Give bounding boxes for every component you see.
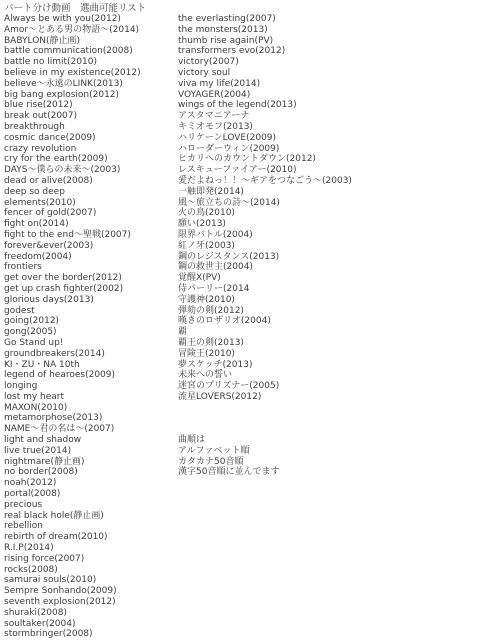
song-entry: 風～旅立ちの詩～(2014) [178,198,352,209]
song-entry: R.I.P(2014) [4,543,141,554]
song-entry: soultaker(2004) [4,619,141,630]
song-entry: 未来への誓い [178,370,352,381]
song-entry: lost my heart [4,392,141,403]
song-entry: get up crash fighter(2002) [4,284,141,295]
song-entry: battle no limit(2010) [4,57,141,68]
song-entry: fight to the end～聖戦(2007) [4,230,141,241]
song-entry: 鋼のレジスタンス(2013) [178,252,352,263]
song-entry: アスタマニアーナ [178,111,352,122]
song-entry: 冒険王(2010) [178,349,352,360]
song-entry: deep so deep [4,187,141,198]
song-entry: レスキューファイアー(2010) [178,165,352,176]
song-entry: Always be with you(2012) [4,14,141,25]
song-entry: DAYS～僕らの未来～(2003) [4,165,141,176]
song-entry: break out(2007) [4,111,141,122]
song-entry: 限界バトル(2004) [178,230,352,241]
song-entry: 覇 [178,327,352,338]
song-entry: 鋼の救世主(2004) [178,262,352,273]
song-entry: believe～永遠のLINK(2013) [4,79,141,90]
song-entry: 火の鳥(2010) [178,208,352,219]
song-entry: Go Stand up! [4,338,141,349]
song-entry: going(2012) [4,316,141,327]
song-entry: the everlasting(2007) [178,14,352,25]
song-entry: rebellion [4,521,141,532]
song-entry: forever&ever(2003) [4,241,141,252]
song-entry: freedom(2004) [4,252,141,263]
song-entry: seventh explosion(2012) [4,597,141,608]
song-entry: MAXON(2010) [4,403,141,414]
song-entry: Amor～とある男の物語～(2014) [4,25,141,36]
song-entry: elements(2010) [4,198,141,209]
song-entry: 迷宮のプリズナー(2005) [178,381,352,392]
song-entry: NAME～君の名は～(2007) [4,424,141,435]
song-entry: stormbringer(2008) [4,629,141,640]
song-entry: longing [4,381,141,392]
song-entry: victory(2007) [178,57,352,68]
song-entry: crazy revolution [4,144,141,155]
song-entry: fencer of gold(2007) [4,208,141,219]
song-entry: wings of the legend(2013) [178,100,352,111]
song-entry: ハリケーンLOVE(2009) [178,133,352,144]
song-entry: 流星LOVERS(2012) [178,392,352,403]
song-entry: 願い(2013) [178,219,352,230]
song-entry: 守護神(2010) [178,295,352,306]
song-entry: cry for the earth(2009) [4,154,141,165]
song-list-page: パート分け動画 選曲可能リスト Always be with you(2012)… [0,0,493,640]
song-entry: 愛だよねっ！！～ギアをつなごう～(2003) [178,176,352,187]
song-entry: the monsters(2013) [178,25,352,36]
song-entry: light and shadow [4,435,141,446]
right-column: the everlasting(2007)the monsters(2013)t… [178,14,352,478]
song-entry: rocks(2008) [4,565,141,576]
song-entry: KI・ZU・NA 10th [4,360,141,371]
spacer-row [178,403,352,414]
page-title: パート分け動画 選曲可能リスト [4,3,146,14]
song-entry: rising force(2007) [4,554,141,565]
song-entry: 嘆きのロザリオ(2004) [178,316,352,327]
song-entry: portal(2008) [4,489,141,500]
song-entry: VOYAGER(2004) [178,90,352,101]
song-entry: cosmic dance(2009) [4,133,141,144]
song-entry: 紅ノ牙(2003) [178,241,352,252]
sort-order-note-line: 曲順は [178,435,352,446]
song-entry: shuraki(2008) [4,608,141,619]
song-entry: nightmare(静止画) [4,457,141,468]
sort-order-note-line: カタカナ50音順 [178,457,352,468]
song-entry: viva my life(2014) [178,79,352,90]
song-entry: dead or alive(2008) [4,176,141,187]
song-entry: blue rise(2012) [4,100,141,111]
song-entry: BABYLON(静止画) [4,36,141,47]
song-entry: groundbreakers(2014) [4,349,141,360]
song-entry: godest [4,306,141,317]
song-entry: samurai souls(2010) [4,575,141,586]
song-entry: 侍パーリー(2014 [178,284,352,295]
song-entry: frontiers [4,262,141,273]
song-entry: glorious days(2013) [4,295,141,306]
song-entry: 一触即発(2014) [178,187,352,198]
song-entry: battle communication(2008) [4,46,141,57]
song-entry: no border(2008) [4,467,141,478]
song-entry: fight on(2014) [4,219,141,230]
song-entry: gong(2005) [4,327,141,338]
song-entry: real black hole(静止画) [4,511,141,522]
song-entry: thumb rise again(PV) [178,36,352,47]
song-entry: noah(2012) [4,478,141,489]
spacer-row [178,413,352,424]
song-entry: legend of hearoes(2009) [4,370,141,381]
song-entry: believe in my existence(2012) [4,68,141,79]
song-entry: transformers evo(2012) [178,46,352,57]
song-entry: precious [4,500,141,511]
song-entry: 夢スケッチ(2013) [178,360,352,371]
sort-order-note-line: アルファベット順 [178,446,352,457]
song-entry: ヒカリへのカウントダウン(2012) [178,154,352,165]
song-entry: big bang explosion(2012) [4,90,141,101]
song-entry: rebirth of dream(2010) [4,532,141,543]
sort-order-note-line: 漢字50音順に並んでます [178,467,352,478]
spacer-row [178,424,352,435]
song-entry: breakthrough [4,122,141,133]
song-entry: metamorphose(2013) [4,413,141,424]
song-entry: キミオモフ(2013) [178,122,352,133]
song-entry: ハローダーウィン(2009) [178,144,352,155]
song-entry: 弾劾の剣(2012) [178,306,352,317]
song-entry: Sempre Sonhando(2009) [4,586,141,597]
song-entry: victory soul [178,68,352,79]
left-column: Always be with you(2012)Amor～とある男の物語～(20… [4,14,141,640]
song-entry: 覚醒X(PV) [178,273,352,284]
song-entry: get over the border(2012) [4,273,141,284]
song-entry: live true(2014) [4,446,141,457]
song-entry: 覇王の剣(2013) [178,338,352,349]
